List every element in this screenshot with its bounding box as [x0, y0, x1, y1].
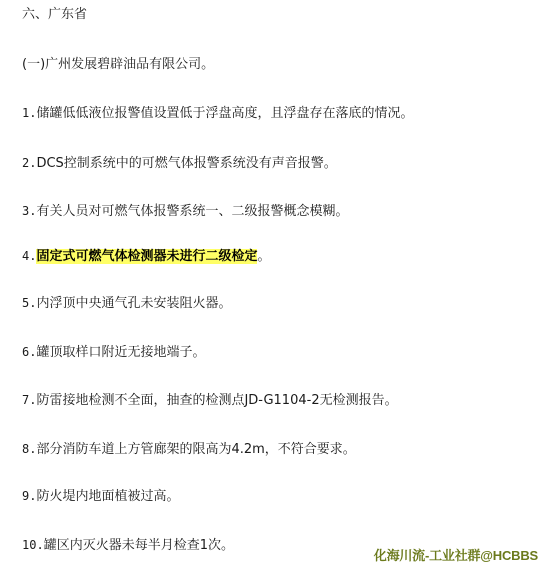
- list-item: 5.内浮顶中央通气孔未安装阻火器。: [22, 294, 231, 313]
- list-item: 10.罐区内灭火器未每半月检查1次。: [22, 536, 234, 555]
- item-number: 2.: [22, 156, 36, 170]
- document-page: 六、广东省 (一)广州发展碧辟油品有限公司。 1.储罐低低液位报警值设置低于浮盘…: [0, 0, 542, 571]
- item-suffix: 。: [257, 249, 270, 264]
- item-text: 内浮顶中央通气孔未安装阻火器。: [36, 296, 231, 311]
- item-number: 8.: [22, 442, 36, 456]
- list-item: 9.防火堤内地面植被过高。: [22, 487, 179, 506]
- item-number: 5.: [22, 296, 36, 310]
- item-text: 防雷接地检测不全面，抽查的检测点JD-G1104-2无检测报告。: [36, 393, 397, 408]
- item-number: 3.: [22, 204, 36, 218]
- item-number: 10.: [22, 538, 44, 552]
- item-number: 9.: [22, 489, 36, 503]
- item-number: 4.: [22, 249, 36, 263]
- list-item: 1.储罐低低液位报警值设置低于浮盘高度，且浮盘存在落底的情况。: [22, 104, 413, 123]
- item-text: 防火堤内地面植被过高。: [36, 489, 179, 504]
- item-text: 储罐低低液位报警值设置低于浮盘高度，且浮盘存在落底的情况。: [36, 106, 413, 121]
- item-text: 罐顶取样口附近无接地端子。: [36, 345, 205, 360]
- list-item: 3.有关人员对可燃气体报警系统一、二级报警概念模糊。: [22, 202, 348, 221]
- item-text: 部分消防车道上方管廊架的限高为4.2m，不符合要求。: [36, 442, 355, 457]
- item-text: 罐区内灭火器未每半月检查1次。: [44, 538, 234, 553]
- list-item: 6.罐顶取样口附近无接地端子。: [22, 343, 205, 362]
- item-number: 7.: [22, 393, 36, 407]
- list-item: 2.DCS控制系统中的可燃气体报警系统没有声音报警。: [22, 154, 337, 173]
- item-text: DCS控制系统中的可燃气体报警系统没有声音报警。: [36, 156, 336, 171]
- company-heading: (一)广州发展碧辟油品有限公司。: [22, 56, 214, 74]
- item-text: 有关人员对可燃气体报警系统一、二级报警概念模糊。: [36, 204, 348, 219]
- list-item-highlighted: 4.固定式可燃气体检测器未进行二级检定。: [22, 247, 270, 266]
- section-title: 六、广东省: [22, 6, 87, 24]
- list-item: 8.部分消防车道上方管廊架的限高为4.2m，不符合要求。: [22, 440, 356, 459]
- watermark: 化海川流-工业社群@HCBBS: [374, 545, 538, 564]
- item-number: 1.: [22, 106, 36, 120]
- highlighted-text: 固定式可燃气体检测器未进行二级检定: [36, 249, 257, 264]
- item-number: 6.: [22, 345, 36, 359]
- list-item: 7.防雷接地检测不全面，抽查的检测点JD-G1104-2无检测报告。: [22, 391, 398, 410]
